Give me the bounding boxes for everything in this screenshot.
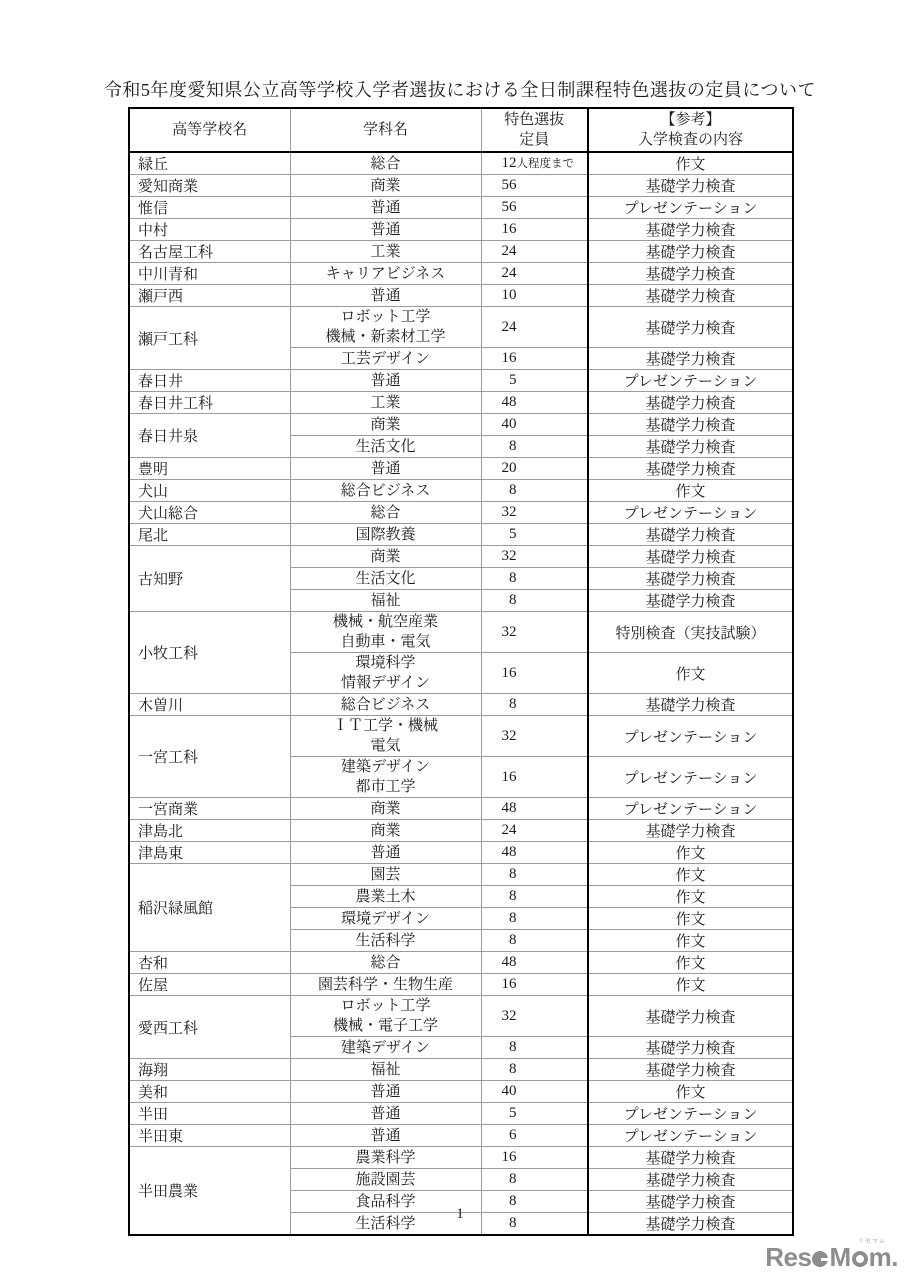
quota-cell: 20 — [481, 458, 588, 480]
quota-number: 24 — [495, 319, 517, 336]
department-cell: 商業 — [290, 820, 481, 842]
quota-cell: 12人程度まで — [481, 152, 588, 175]
department-cell: 建築デザイン都市工学 — [290, 757, 481, 798]
quota-number: 32 — [495, 624, 517, 641]
department-cell: 総合 — [290, 152, 481, 175]
quota-cell: 24 — [481, 820, 588, 842]
col-header-exam: 【参考】 入学検査の内容 — [588, 108, 793, 152]
quota-cell: 8 — [481, 1169, 588, 1191]
department-cell: 環境科学情報デザイン — [290, 653, 481, 694]
quota-number: 16 — [495, 665, 517, 682]
quota-number: 5 — [495, 1105, 517, 1122]
department-cell: 普通 — [290, 1081, 481, 1103]
exam-cell: プレゼンテーション — [588, 370, 793, 392]
department-cell: 工業 — [290, 241, 481, 263]
table-row: 愛西工科ロボット工学機械・電子工学32基礎学力検査 — [129, 996, 793, 1037]
table-row: 半田農業農業科学16基礎学力検査 — [129, 1147, 793, 1169]
school-name-cell: 津島東 — [129, 842, 290, 864]
table-row: 津島東普通48作文 — [129, 842, 793, 864]
school-name-cell: 瀬戸西 — [129, 285, 290, 307]
quota-cell: 40 — [481, 414, 588, 436]
table-row: 名古屋工科工業24基礎学力検査 — [129, 241, 793, 263]
department-cell: 普通 — [290, 458, 481, 480]
document-page: 令和5年度愛知県公立高等学校入学者選抜における全日制課程特色選抜の定員について … — [128, 80, 792, 1236]
exam-cell: 基礎学力検査 — [588, 1037, 793, 1059]
table-row: 瀬戸工科ロボット工学機械・新素材工学24基礎学力検査 — [129, 307, 793, 348]
col-header-exam-line1: 【参考】 — [589, 110, 792, 130]
department-line: 自動車・電気 — [291, 632, 481, 652]
department-line: 国際教養 — [291, 525, 481, 545]
quota-cell: 16 — [481, 1147, 588, 1169]
table-row: 瀬戸西普通10基礎学力検査 — [129, 285, 793, 307]
department-line: 都市工学 — [291, 777, 481, 797]
col-header-quota-line2: 定員 — [482, 130, 588, 150]
quota-cell: 40 — [481, 1081, 588, 1103]
department-line: 総合 — [291, 154, 481, 174]
department-line: 普通 — [291, 459, 481, 479]
department-cell: 商業 — [290, 175, 481, 197]
department-line: 生活文化 — [291, 569, 481, 589]
department-cell: ロボット工学機械・新素材工学 — [290, 307, 481, 348]
table-row: 半田東普通6プレゼンテーション — [129, 1125, 793, 1147]
exam-cell: 基礎学力検査 — [588, 241, 793, 263]
exam-cell: 基礎学力検査 — [588, 219, 793, 241]
quota-cell: 32 — [481, 996, 588, 1037]
department-cell: 国際教養 — [290, 524, 481, 546]
department-cell: キャリアビジネス — [290, 263, 481, 285]
exam-cell: 基礎学力検査 — [588, 568, 793, 590]
department-line: 普通 — [291, 220, 481, 240]
department-line: 商業 — [291, 415, 481, 435]
quota-cell: 24 — [481, 263, 588, 285]
quota-number: 8 — [495, 910, 517, 927]
school-name-cell: 杏和 — [129, 952, 290, 974]
department-cell: 環境デザイン — [290, 908, 481, 930]
exam-cell: 基礎学力検査 — [588, 820, 793, 842]
quota-cell: 8 — [481, 436, 588, 458]
quota-number: 8 — [495, 932, 517, 949]
department-line: 普通 — [291, 1082, 481, 1102]
quota-cell: 5 — [481, 370, 588, 392]
table-row: 中川青和キャリアビジネス24基礎学力検査 — [129, 263, 793, 285]
quota-cell: 8 — [481, 864, 588, 886]
exam-cell: 基礎学力検査 — [588, 524, 793, 546]
school-name-cell: 中村 — [129, 219, 290, 241]
department-line: 園芸科学・生物生産 — [291, 975, 481, 995]
exam-cell: 基礎学力検査 — [588, 996, 793, 1037]
department-cell: 生活文化 — [290, 436, 481, 458]
exam-cell: 基礎学力検査 — [588, 1147, 793, 1169]
quota-number: 20 — [495, 460, 517, 477]
department-cell: 総合ビジネス — [290, 480, 481, 502]
quota-number: 10 — [495, 287, 517, 304]
logo-o-icon — [852, 1251, 868, 1267]
quota-cell: 16 — [481, 974, 588, 996]
department-cell: 施設園芸 — [290, 1169, 481, 1191]
table-row: 小牧工科機械・航空産業自動車・電気32特別検査（実技試験） — [129, 612, 793, 653]
department-line: 情報デザイン — [291, 673, 481, 693]
table-row: 春日井工科工業48基礎学力検査 — [129, 392, 793, 414]
school-name-cell: 豊明 — [129, 458, 290, 480]
quota-cell: 24 — [481, 307, 588, 348]
quota-number: 8 — [495, 888, 517, 905]
department-cell: 園芸科学・生物生産 — [290, 974, 481, 996]
exam-cell: 基礎学力検査 — [588, 590, 793, 612]
quota-number: 32 — [495, 728, 517, 745]
school-name-cell: 犬山総合 — [129, 502, 290, 524]
quota-cell: 32 — [481, 716, 588, 757]
department-line: 福祉 — [291, 591, 481, 611]
quota-number: 8 — [495, 482, 517, 499]
exam-cell: 作文 — [588, 930, 793, 952]
logo-text-prefix: Res — [765, 1242, 811, 1272]
department-line: 普通 — [291, 198, 481, 218]
department-line: 機械・新素材工学 — [291, 327, 481, 347]
quota-number: 16 — [495, 976, 517, 993]
col-header-quota: 特色選抜 定員 — [481, 108, 588, 152]
department-line: 商業 — [291, 821, 481, 841]
table-row: 稲沢緑風館園芸8作文 — [129, 864, 793, 886]
quota-cell: 8 — [481, 886, 588, 908]
quota-number: 6 — [495, 1127, 517, 1144]
department-line: 普通 — [291, 1126, 481, 1146]
department-cell: 総合 — [290, 502, 481, 524]
quota-number: 12 — [495, 155, 517, 172]
department-cell: 総合ビジネス — [290, 694, 481, 716]
table-row: 緑丘総合12人程度まで作文 — [129, 152, 793, 175]
quota-cell: 32 — [481, 612, 588, 653]
department-line: 建築デザイン — [291, 757, 481, 777]
department-cell: 生活文化 — [290, 568, 481, 590]
resemom-logo: リセマムResMm. — [765, 1240, 898, 1274]
quota-number: 8 — [495, 866, 517, 883]
quota-cell: 56 — [481, 175, 588, 197]
school-name-cell: 惟信 — [129, 197, 290, 219]
quota-number: 16 — [495, 769, 517, 786]
exam-cell: 作文 — [588, 864, 793, 886]
school-name-cell: 一宮商業 — [129, 798, 290, 820]
quota-cell: 16 — [481, 219, 588, 241]
school-name-cell: 瀬戸工科 — [129, 307, 290, 370]
exam-cell: プレゼンテーション — [588, 502, 793, 524]
department-line: 工芸デザイン — [291, 349, 481, 369]
school-name-cell: 愛西工科 — [129, 996, 290, 1059]
department-line: 福祉 — [291, 1060, 481, 1080]
table-header-row: 高等学校名 学科名 特色選抜 定員 【参考】 入学検査の内容 — [129, 108, 793, 152]
quota-suffix: 人程度まで — [517, 158, 575, 170]
logo-ruby-text: リセマム — [858, 1239, 886, 1245]
quota-cell: 24 — [481, 241, 588, 263]
quota-number: 24 — [495, 822, 517, 839]
exam-cell: 作文 — [588, 152, 793, 175]
quota-number: 48 — [495, 394, 517, 411]
department-line: 商業 — [291, 799, 481, 819]
exam-cell: 基礎学力検査 — [588, 392, 793, 414]
department-line: 商業 — [291, 547, 481, 567]
table-row: 犬山総合ビジネス8作文 — [129, 480, 793, 502]
school-name-cell: 名古屋工科 — [129, 241, 290, 263]
quota-cell: 48 — [481, 842, 588, 864]
quota-cell: 8 — [481, 930, 588, 952]
exam-cell: プレゼンテーション — [588, 1125, 793, 1147]
department-cell: 建築デザイン — [290, 1037, 481, 1059]
quota-cell: 8 — [481, 908, 588, 930]
department-cell: 機械・航空産業自動車・電気 — [290, 612, 481, 653]
table-row: 海翔福祉8基礎学力検査 — [129, 1059, 793, 1081]
exam-cell: 基礎学力検査 — [588, 436, 793, 458]
quota-cell: 16 — [481, 757, 588, 798]
quota-cell: 10 — [481, 285, 588, 307]
quota-cell: 32 — [481, 546, 588, 568]
table-row: 豊明普通20基礎学力検査 — [129, 458, 793, 480]
school-name-cell: 古知野 — [129, 546, 290, 612]
department-cell: 福祉 — [290, 1059, 481, 1081]
school-name-cell: 春日井泉 — [129, 414, 290, 458]
exam-cell: 作文 — [588, 908, 793, 930]
quota-number: 56 — [495, 177, 517, 194]
exam-cell: 基礎学力検査 — [588, 1169, 793, 1191]
department-line: 総合ビジネス — [291, 481, 481, 501]
col-header-school: 高等学校名 — [129, 108, 290, 152]
school-name-cell: 春日井工科 — [129, 392, 290, 414]
exam-cell: プレゼンテーション — [588, 1103, 793, 1125]
table-row: 古知野商業32基礎学力検査 — [129, 546, 793, 568]
quota-cell: 48 — [481, 798, 588, 820]
quota-cell: 16 — [481, 653, 588, 694]
table-row: 春日井泉商業40基礎学力検査 — [129, 414, 793, 436]
department-cell: 福祉 — [290, 590, 481, 612]
quota-cell: 48 — [481, 952, 588, 974]
table-row: 津島北商業24基礎学力検査 — [129, 820, 793, 842]
school-name-cell: 木曽川 — [129, 694, 290, 716]
quota-number: 8 — [495, 1039, 517, 1056]
exam-cell: 作文 — [588, 974, 793, 996]
table-row: 惟信普通56プレゼンテーション — [129, 197, 793, 219]
quota-number: 56 — [495, 199, 517, 216]
quota-number: 8 — [495, 592, 517, 609]
table-row: 一宮商業商業48プレゼンテーション — [129, 798, 793, 820]
exam-cell: 基礎学力検査 — [588, 414, 793, 436]
quota-cell: 56 — [481, 197, 588, 219]
table-row: 美和普通40作文 — [129, 1081, 793, 1103]
quota-number: 24 — [495, 243, 517, 260]
table-row: 犬山総合総合32プレゼンテーション — [129, 502, 793, 524]
department-cell: 生活科学 — [290, 930, 481, 952]
school-name-cell: 半田東 — [129, 1125, 290, 1147]
department-cell: 普通 — [290, 1103, 481, 1125]
department-line: 普通 — [291, 1104, 481, 1124]
department-cell: ロボット工学機械・電子工学 — [290, 996, 481, 1037]
table-row: 杏和総合48作文 — [129, 952, 793, 974]
exam-cell: 作文 — [588, 952, 793, 974]
quota-number: 32 — [495, 548, 517, 565]
department-line: ＩＴ工学・機械 — [291, 716, 481, 736]
exam-cell: 作文 — [588, 842, 793, 864]
department-cell: 普通 — [290, 1125, 481, 1147]
col-header-exam-line2: 入学検査の内容 — [589, 130, 792, 150]
quota-number: 5 — [495, 526, 517, 543]
department-line: 農業科学 — [291, 1148, 481, 1168]
page-number: 1 — [128, 1206, 792, 1223]
department-line: 生活文化 — [291, 437, 481, 457]
exam-cell: 基礎学力検査 — [588, 285, 793, 307]
quota-cell: 8 — [481, 480, 588, 502]
school-name-cell: 春日井 — [129, 370, 290, 392]
department-line: 機械・航空産業 — [291, 612, 481, 632]
exam-cell: プレゼンテーション — [588, 197, 793, 219]
department-cell: 商業 — [290, 546, 481, 568]
school-name-cell: 佐屋 — [129, 974, 290, 996]
department-line: 建築デザイン — [291, 1038, 481, 1058]
department-cell: 普通 — [290, 219, 481, 241]
department-line: ロボット工学 — [291, 996, 481, 1016]
quota-cell: 8 — [481, 1037, 588, 1059]
exam-cell: プレゼンテーション — [588, 716, 793, 757]
table-row: 春日井普通5プレゼンテーション — [129, 370, 793, 392]
quota-cell: 6 — [481, 1125, 588, 1147]
department-line: キャリアビジネス — [291, 264, 481, 284]
logo-text-tail: m — [869, 1242, 892, 1272]
exam-cell: 基礎学力検査 — [588, 348, 793, 370]
department-cell: ＩＴ工学・機械電気 — [290, 716, 481, 757]
quota-number: 5 — [495, 372, 517, 389]
school-name-cell: 尾北 — [129, 524, 290, 546]
school-name-cell: 海翔 — [129, 1059, 290, 1081]
department-line: 工業 — [291, 393, 481, 413]
quota-number: 8 — [495, 1171, 517, 1188]
department-line: 普通 — [291, 371, 481, 391]
quota-table: 高等学校名 学科名 特色選抜 定員 【参考】 入学検査の内容 緑丘総合12人程度… — [128, 107, 794, 1236]
department-line: 電気 — [291, 736, 481, 756]
school-name-cell: 小牧工科 — [129, 612, 290, 694]
department-cell: 商業 — [290, 414, 481, 436]
school-name-cell: 稲沢緑風館 — [129, 864, 290, 952]
quota-number: 8 — [495, 696, 517, 713]
quota-number: 16 — [495, 221, 517, 238]
school-name-cell: 犬山 — [129, 480, 290, 502]
department-line: 環境科学 — [291, 653, 481, 673]
quota-number: 8 — [495, 1061, 517, 1078]
table-row: 愛知商業商業56基礎学力検査 — [129, 175, 793, 197]
department-cell: 総合 — [290, 952, 481, 974]
department-line: 農業土木 — [291, 887, 481, 907]
department-line: 生活科学 — [291, 931, 481, 951]
department-line: 総合 — [291, 503, 481, 523]
col-header-quota-line1: 特色選抜 — [482, 110, 588, 130]
quota-number: 40 — [495, 1083, 517, 1100]
table-body: 緑丘総合12人程度まで作文愛知商業商業56基礎学力検査惟信普通56プレゼンテーシ… — [129, 152, 793, 1235]
table-row: 尾北国際教養5基礎学力検査 — [129, 524, 793, 546]
department-cell: 園芸 — [290, 864, 481, 886]
department-cell: 工芸デザイン — [290, 348, 481, 370]
exam-cell: 作文 — [588, 480, 793, 502]
school-name-cell: 半田 — [129, 1103, 290, 1125]
exam-cell: 特別検査（実技試験） — [588, 612, 793, 653]
exam-cell: 基礎学力検査 — [588, 694, 793, 716]
department-line: 商業 — [291, 176, 481, 196]
quota-number: 8 — [495, 438, 517, 455]
department-cell: 普通 — [290, 842, 481, 864]
quota-number: 32 — [495, 1008, 517, 1025]
exam-cell: 基礎学力検査 — [588, 1059, 793, 1081]
department-cell: 普通 — [290, 285, 481, 307]
quota-cell: 8 — [481, 1059, 588, 1081]
table-row: 佐屋園芸科学・生物生産16作文 — [129, 974, 793, 996]
department-line: 環境デザイン — [291, 909, 481, 929]
school-name-cell: 中川青和 — [129, 263, 290, 285]
department-cell: 農業科学 — [290, 1147, 481, 1169]
department-line: 普通 — [291, 286, 481, 306]
exam-cell: プレゼンテーション — [588, 798, 793, 820]
quota-cell: 5 — [481, 524, 588, 546]
exam-cell: 基礎学力検査 — [588, 175, 793, 197]
table-row: 一宮工科ＩＴ工学・機械電気32プレゼンテーション — [129, 716, 793, 757]
table-row: 中村普通16基礎学力検査 — [129, 219, 793, 241]
quota-number: 24 — [495, 265, 517, 282]
quota-number: 48 — [495, 844, 517, 861]
quota-cell: 8 — [481, 568, 588, 590]
department-cell: 普通 — [290, 197, 481, 219]
exam-cell: 基礎学力検査 — [588, 458, 793, 480]
department-cell: 普通 — [290, 370, 481, 392]
logo-text-m: M — [829, 1242, 850, 1272]
department-line: 施設園芸 — [291, 1170, 481, 1190]
quota-number: 32 — [495, 504, 517, 521]
quota-number: 8 — [495, 570, 517, 587]
exam-cell: 作文 — [588, 653, 793, 694]
quota-cell: 5 — [481, 1103, 588, 1125]
department-line: 工業 — [291, 242, 481, 262]
table-row: 木曽川総合ビジネス8基礎学力検査 — [129, 694, 793, 716]
quota-number: 48 — [495, 800, 517, 817]
quota-number: 16 — [495, 350, 517, 367]
exam-cell: 基礎学力検査 — [588, 307, 793, 348]
quota-cell: 32 — [481, 502, 588, 524]
quota-cell: 8 — [481, 694, 588, 716]
logo-period: . — [891, 1242, 898, 1272]
school-name-cell: 一宮工科 — [129, 716, 290, 798]
exam-cell: 作文 — [588, 1081, 793, 1103]
page-title: 令和5年度愛知県公立高等学校入学者選抜における全日制課程特色選抜の定員について — [83, 80, 837, 100]
department-line: ロボット工学 — [291, 307, 481, 327]
quota-number: 16 — [495, 1149, 517, 1166]
school-name-cell: 緑丘 — [129, 152, 290, 175]
table-row: 半田普通5プレゼンテーション — [129, 1103, 793, 1125]
logo-e-icon — [812, 1251, 828, 1267]
department-line: 普通 — [291, 843, 481, 863]
department-cell: 工業 — [290, 392, 481, 414]
exam-cell: プレゼンテーション — [588, 757, 793, 798]
school-name-cell: 津島北 — [129, 820, 290, 842]
department-line: 総合 — [291, 953, 481, 973]
quota-number: 40 — [495, 416, 517, 433]
quota-number: 48 — [495, 954, 517, 971]
quota-cell: 8 — [481, 590, 588, 612]
department-cell: 農業土木 — [290, 886, 481, 908]
department-line: 機械・電子工学 — [291, 1016, 481, 1036]
exam-cell: 基礎学力検査 — [588, 546, 793, 568]
school-name-cell: 愛知商業 — [129, 175, 290, 197]
quota-cell: 48 — [481, 392, 588, 414]
department-line: 総合ビジネス — [291, 695, 481, 715]
exam-cell: 作文 — [588, 886, 793, 908]
col-header-department: 学科名 — [290, 108, 481, 152]
department-cell: 商業 — [290, 798, 481, 820]
quota-cell: 16 — [481, 348, 588, 370]
school-name-cell: 美和 — [129, 1081, 290, 1103]
exam-cell: 基礎学力検査 — [588, 263, 793, 285]
department-line: 園芸 — [291, 865, 481, 885]
